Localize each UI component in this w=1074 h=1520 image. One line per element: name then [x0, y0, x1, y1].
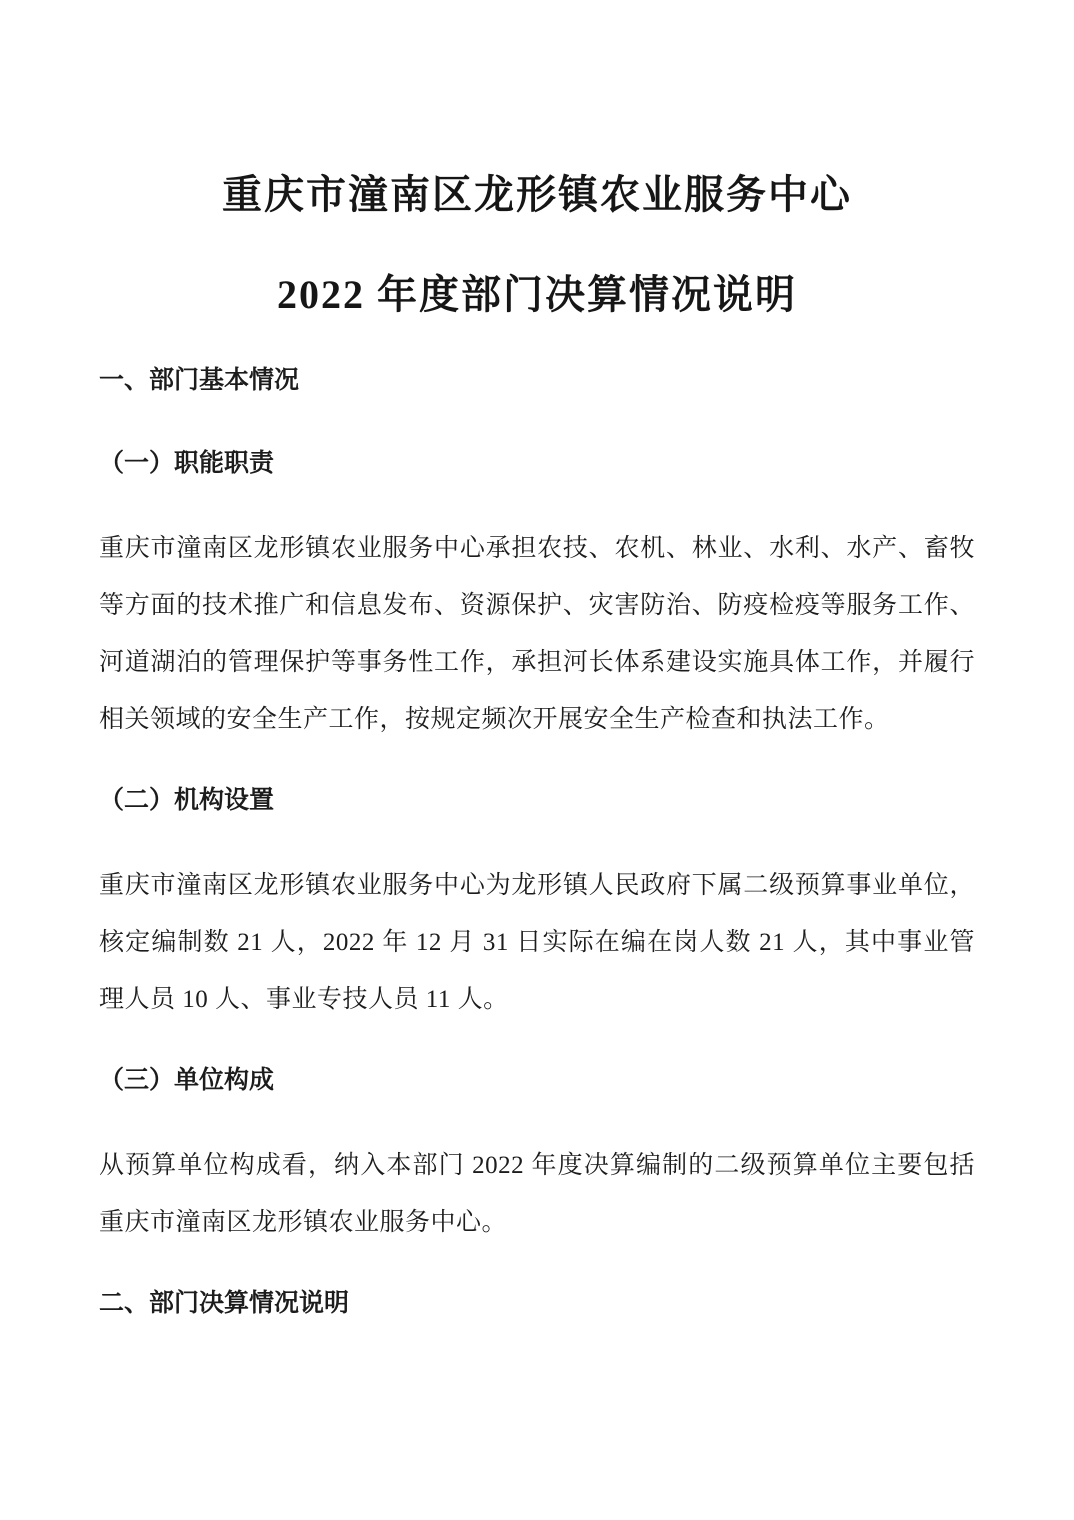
- document-title-line1: 重庆市潼南区龙形镇农业服务中心: [99, 169, 975, 221]
- document-page: 重庆市潼南区龙形镇农业服务中心 2022 年度部门决算情况说明 一、部门基本情况…: [0, 0, 1074, 1520]
- heading-section-two: 二、部门决算情况说明: [99, 1287, 975, 1320]
- heading-duties: （一）职能职责: [99, 447, 975, 480]
- paragraph-duties: 重庆市潼南区龙形镇农业服务中心承担农技、农机、林业、水利、水产、畜牧等方面的技术…: [99, 520, 975, 748]
- heading-section-one: 一、部门基本情况: [99, 364, 975, 397]
- document-title-line2: 2022 年度部门决算情况说明: [99, 269, 975, 321]
- heading-unit-composition: （三）单位构成: [99, 1064, 975, 1097]
- paragraph-unit-composition: 从预算单位构成看，纳入本部门 2022 年度决算编制的二级预算单位主要包括重庆市…: [99, 1137, 975, 1251]
- heading-organization: （二）机构设置: [99, 784, 975, 817]
- paragraph-organization: 重庆市潼南区龙形镇农业服务中心为龙形镇人民政府下属二级预算事业单位，核定编制数 …: [99, 857, 975, 1028]
